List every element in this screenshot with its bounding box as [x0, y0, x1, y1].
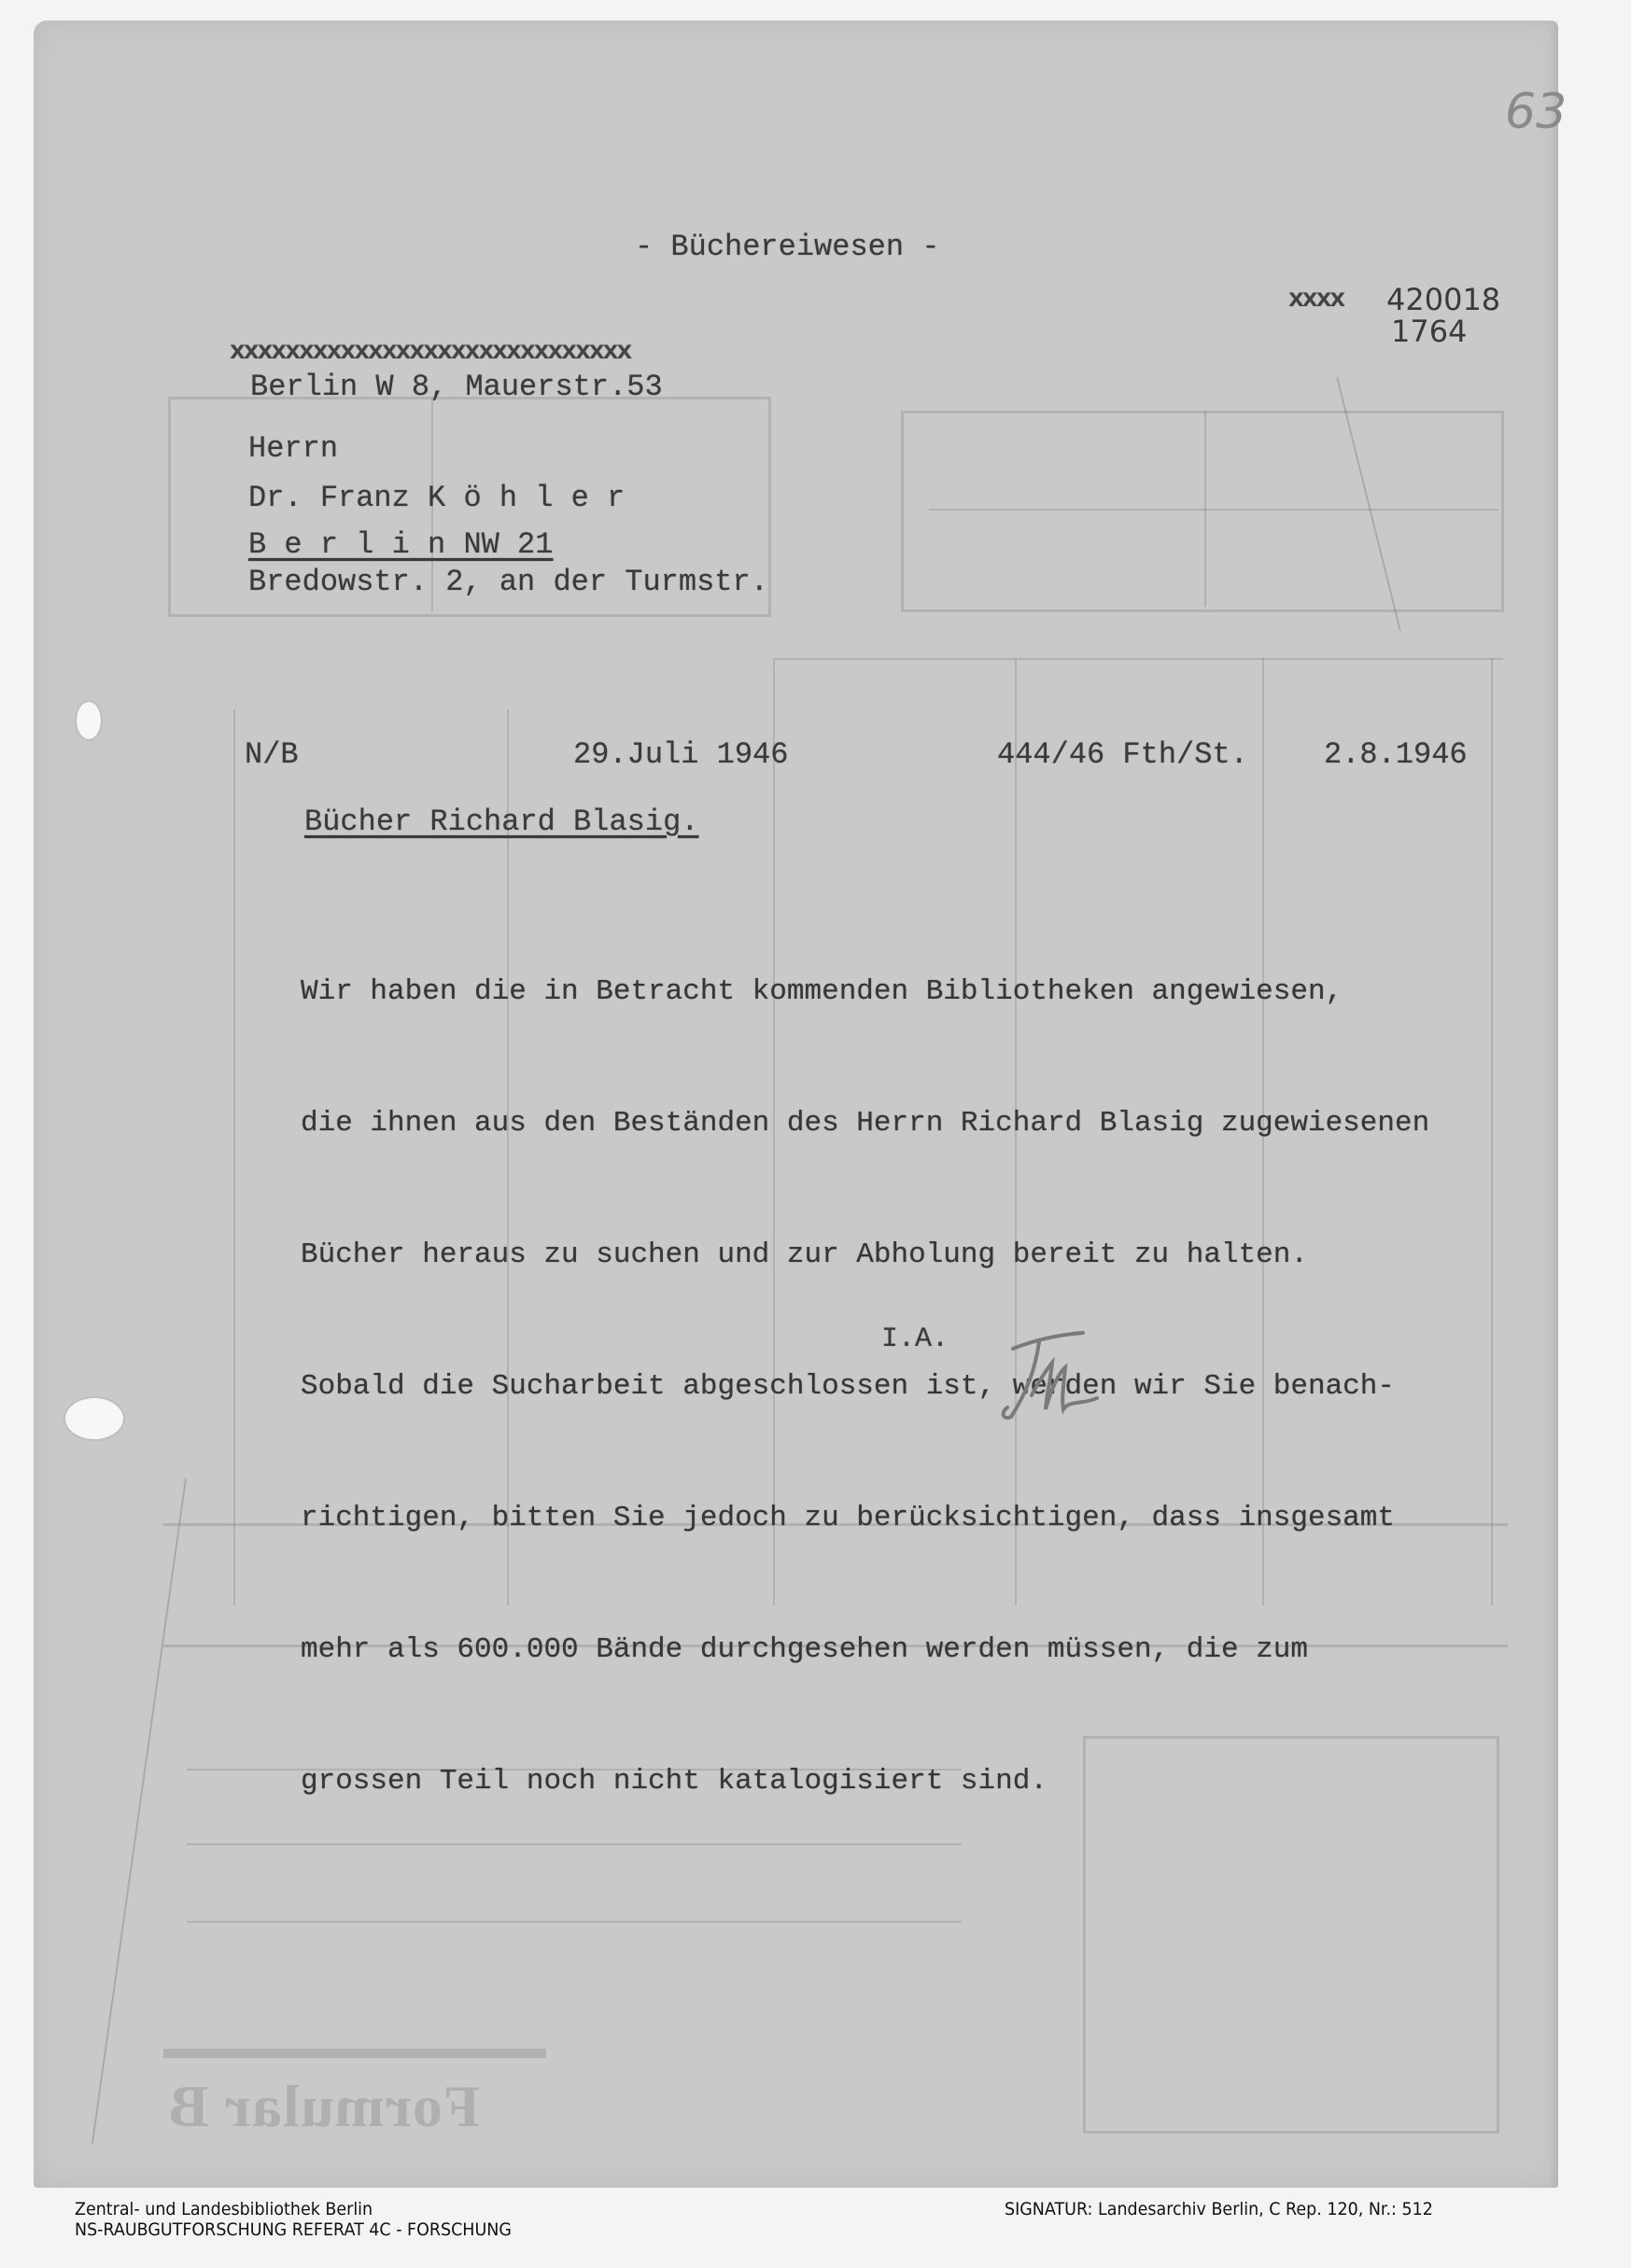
department-heading: - Büchereiwesen -: [635, 230, 939, 264]
footer-signature-reference: SIGNATUR: Landesarchiv Berlin, C Rep. 12…: [1005, 2199, 1433, 2219]
body-line: mehr als 600.000 Bände durchgesehen werd…: [301, 1628, 1542, 1672]
our-sign: 444/46 Fth/St.: [997, 737, 1248, 772]
body-line: Bücher heraus zu suchen und zur Abholung…: [301, 1233, 1542, 1277]
sender-address: Berlin W 8, Mauerstr.53: [250, 370, 663, 404]
show-through-line: [163, 2049, 546, 2058]
sender-crossed-out: xxxxxxxxxxxxxxxxxxxxxxxxxxxxx: [230, 338, 630, 367]
body-line: Sobald die Sucharbeit abgeschlossen ist,…: [301, 1365, 1542, 1408]
punch-hole: [77, 702, 101, 739]
recipient-city: B e r l i n NW 21: [248, 527, 553, 562]
show-through-line: [187, 1921, 962, 1923]
body-line: Wir haben die in Betracht kommenden Bibl…: [301, 970, 1542, 1014]
handwritten-page-number: 63: [1505, 84, 1567, 140]
letter-date: 2.8.1946: [1324, 737, 1468, 772]
reference-number: 420018: [1386, 282, 1500, 317]
reference-sub-number: 1764: [1391, 314, 1467, 349]
show-through-line: [233, 709, 235, 1605]
letter-body: Wir haben die in Betracht kommenden Bibl…: [301, 882, 1542, 1847]
recipient-name: Dr. Franz K ö h l e r: [248, 481, 625, 515]
recipient-salutation: Herrn: [248, 431, 338, 466]
closing: I.A.: [881, 1323, 949, 1355]
recipient-street: Bredowstr. 2, an der Turmstr.: [248, 565, 768, 599]
show-through-line: [929, 509, 1498, 511]
your-sign: N/B: [245, 737, 299, 772]
footer-department: NS-RAUBGUTFORSCHUNG REFERAT 4C - FORSCHU…: [75, 2219, 512, 2240]
show-through-line: [775, 658, 1503, 660]
body-line: richtigen, bitten Sie jedoch zu berücksi…: [301, 1496, 1542, 1540]
footer-institution: Zentral- und Landesbibliothek Berlin: [75, 2199, 373, 2219]
subject-line: Bücher Richard Blasig.: [304, 805, 698, 839]
show-through-box-top-right: [901, 411, 1504, 612]
show-through-form-title: Formular B: [168, 2072, 480, 2141]
body-line: die ihnen aus den Beständen des Herrn Ri…: [301, 1101, 1542, 1145]
reference-crossed-out: xxxx: [1288, 286, 1343, 315]
body-line: grossen Teil noch nicht katalogisiert si…: [301, 1759, 1542, 1803]
page-edge-shadow: [1549, 21, 1558, 2188]
handwritten-signature-icon: [994, 1316, 1106, 1428]
punch-hole: [65, 1398, 123, 1439]
your-date: 29.Juli 1946: [573, 737, 788, 772]
